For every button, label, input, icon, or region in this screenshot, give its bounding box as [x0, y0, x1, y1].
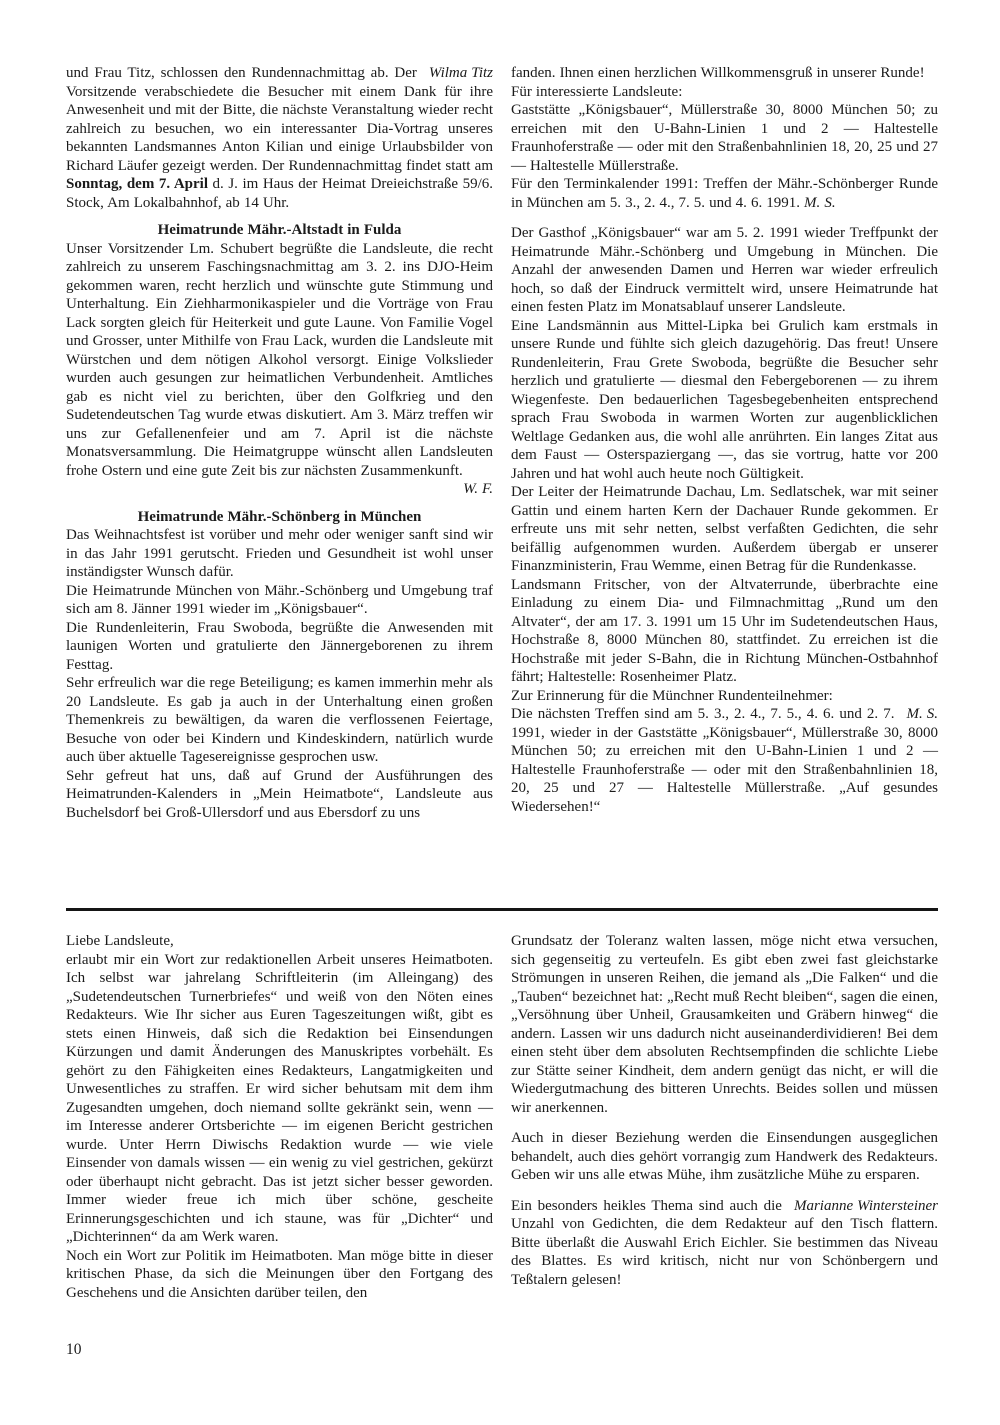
- top-section: Wilma Titzund Frau Titz, schlossen den R…: [66, 64, 938, 822]
- paragraph: fanden. Ihnen einen herzlichen Willkomme…: [511, 64, 938, 83]
- paragraph: Unser Vorsitzender Lm. Schubert begrüßte…: [66, 240, 493, 481]
- top-right-column: fanden. Ihnen einen herzlichen Willkomme…: [511, 64, 938, 816]
- text-run: Noch ein Wort zur Politik im Heimatboten…: [66, 1248, 493, 1301]
- bottom-section: Liebe Landsleute,erlaubt mir ein Wort zu…: [66, 932, 938, 1302]
- text-run: Das Weihnachtsfest ist vorüber und mehr …: [66, 527, 493, 580]
- author-signoff: W. F.: [66, 480, 493, 499]
- paragraph: Zur Erinnerung für die Münchner Rundente…: [511, 687, 938, 706]
- bold-text: Sonntag, dem 7. April: [66, 176, 208, 192]
- paragraph: Noch ein Wort zur Politik im Heimatboten…: [66, 1247, 493, 1303]
- section-heading: Heimatrunde Mähr.-Schönberg in München: [66, 508, 493, 527]
- text-run: erlaubt mir ein Wort zur redaktionellen …: [66, 952, 493, 1246]
- text-run: Der Gasthof „Königsbauer“ war am 5. 2. 1…: [511, 225, 938, 315]
- paragraph: Die Rundenleiterin, Frau Swoboda, begrüß…: [66, 619, 493, 675]
- text-run: Der Leiter der Heimatrunde Dachau, Lm. S…: [511, 484, 938, 574]
- author-signoff: Marianne Wintersteiner: [782, 1197, 938, 1216]
- text-run: Die Rundenleiterin, Frau Swoboda, begrüß…: [66, 620, 493, 673]
- text-run: fanden. Ihnen einen herzlichen Willkomme…: [511, 65, 925, 81]
- text-run: Unser Vorsitzender Lm. Schubert begrüßte…: [66, 241, 493, 479]
- paragraph: Landsmann Fritscher, von der Altvaterrun…: [511, 576, 938, 687]
- text-run: Landsmann Fritscher, von der Altvaterrun…: [511, 577, 938, 686]
- text-run: Sehr erfreulich war die rege Beteiligung…: [66, 675, 493, 765]
- text-run: Heimatrunde Mähr.-Schönberg in München: [138, 509, 422, 525]
- paragraph: Gaststätte „Königsbauer“, Müllerstraße 3…: [511, 101, 938, 175]
- italic-text: M. S.: [804, 195, 836, 211]
- text-run: Grundsatz der Toleranz walten lassen, mö…: [511, 933, 938, 1116]
- paragraph: Für den Terminkalender 1991: Treffen der…: [511, 175, 938, 212]
- paragraph: Grundsatz der Toleranz walten lassen, mö…: [511, 932, 938, 1117]
- text-run: Liebe Landsleute,: [66, 933, 174, 949]
- paragraph: Marianne WintersteinerEin besonders heik…: [511, 1197, 938, 1290]
- author-signoff: M. S.: [894, 705, 938, 724]
- page-number: 10: [66, 1340, 82, 1359]
- newsletter-page: Wilma Titzund Frau Titz, schlossen den R…: [0, 0, 1000, 1425]
- text-run: Auch in dieser Beziehung werden die Eins…: [511, 1130, 938, 1183]
- paragraph: Der Gasthof „Königsbauer“ war am 5. 2. 1…: [511, 224, 938, 317]
- text-run: Eine Landsmännin aus Mittel-Lipka bei Gr…: [511, 318, 938, 482]
- paragraph: Sehr erfreulich war die rege Beteiligung…: [66, 674, 493, 767]
- text-run: Zur Erinnerung für die Münchner Rundente…: [511, 688, 833, 704]
- text-run: W. F.: [463, 481, 493, 497]
- text-run: Die Heimatrunde München von Mähr.-Schönb…: [66, 583, 493, 618]
- paragraph: Eine Landsmännin aus Mittel-Lipka bei Gr…: [511, 317, 938, 484]
- text-run: Für interessierte Landsleute:: [511, 84, 682, 100]
- paragraph: Der Leiter der Heimatrunde Dachau, Lm. S…: [511, 483, 938, 576]
- paragraph: erlaubt mir ein Wort zur redaktionellen …: [66, 951, 493, 1247]
- text-run: Für den Terminkalender 1991: Treffen der…: [511, 176, 938, 211]
- paragraph: Für interessierte Landsleute:: [511, 83, 938, 102]
- bottom-columns: Liebe Landsleute,erlaubt mir ein Wort zu…: [66, 932, 938, 1302]
- paragraph: Wilma Titzund Frau Titz, schlossen den R…: [66, 64, 493, 212]
- paragraph: Die Heimatrunde München von Mähr.-Schönb…: [66, 582, 493, 619]
- paragraph: Sehr gefreut hat uns, daß auf Grund der …: [66, 767, 493, 823]
- section-heading: Heimatrunde Mähr.-Altstadt in Fulda: [66, 221, 493, 240]
- author-signoff: Wilma Titz: [417, 64, 493, 83]
- top-columns: Wilma Titzund Frau Titz, schlossen den R…: [66, 64, 938, 822]
- text-run: Sehr gefreut hat uns, daß auf Grund der …: [66, 768, 493, 821]
- section-divider-rule: [66, 908, 938, 911]
- paragraph: Liebe Landsleute,: [66, 932, 493, 951]
- paragraph: Auch in dieser Beziehung werden die Eins…: [511, 1129, 938, 1185]
- top-left-column: Wilma Titzund Frau Titz, schlossen den R…: [66, 64, 493, 822]
- paragraph: Das Weihnachtsfest ist vorüber und mehr …: [66, 526, 493, 582]
- paragraph: M. S.Die nächsten Treffen sind am 5. 3.,…: [511, 705, 938, 816]
- bottom-left-column: Liebe Landsleute,erlaubt mir ein Wort zu…: [66, 932, 493, 1302]
- text-run: Heimatrunde Mähr.-Altstadt in Fulda: [158, 222, 402, 238]
- text-run: Gaststätte „Königsbauer“, Müllerstraße 3…: [511, 102, 938, 174]
- bottom-right-column: Grundsatz der Toleranz walten lassen, mö…: [511, 932, 938, 1289]
- text-run: Die nächsten Treffen sind am 5. 3., 2. 4…: [511, 706, 938, 815]
